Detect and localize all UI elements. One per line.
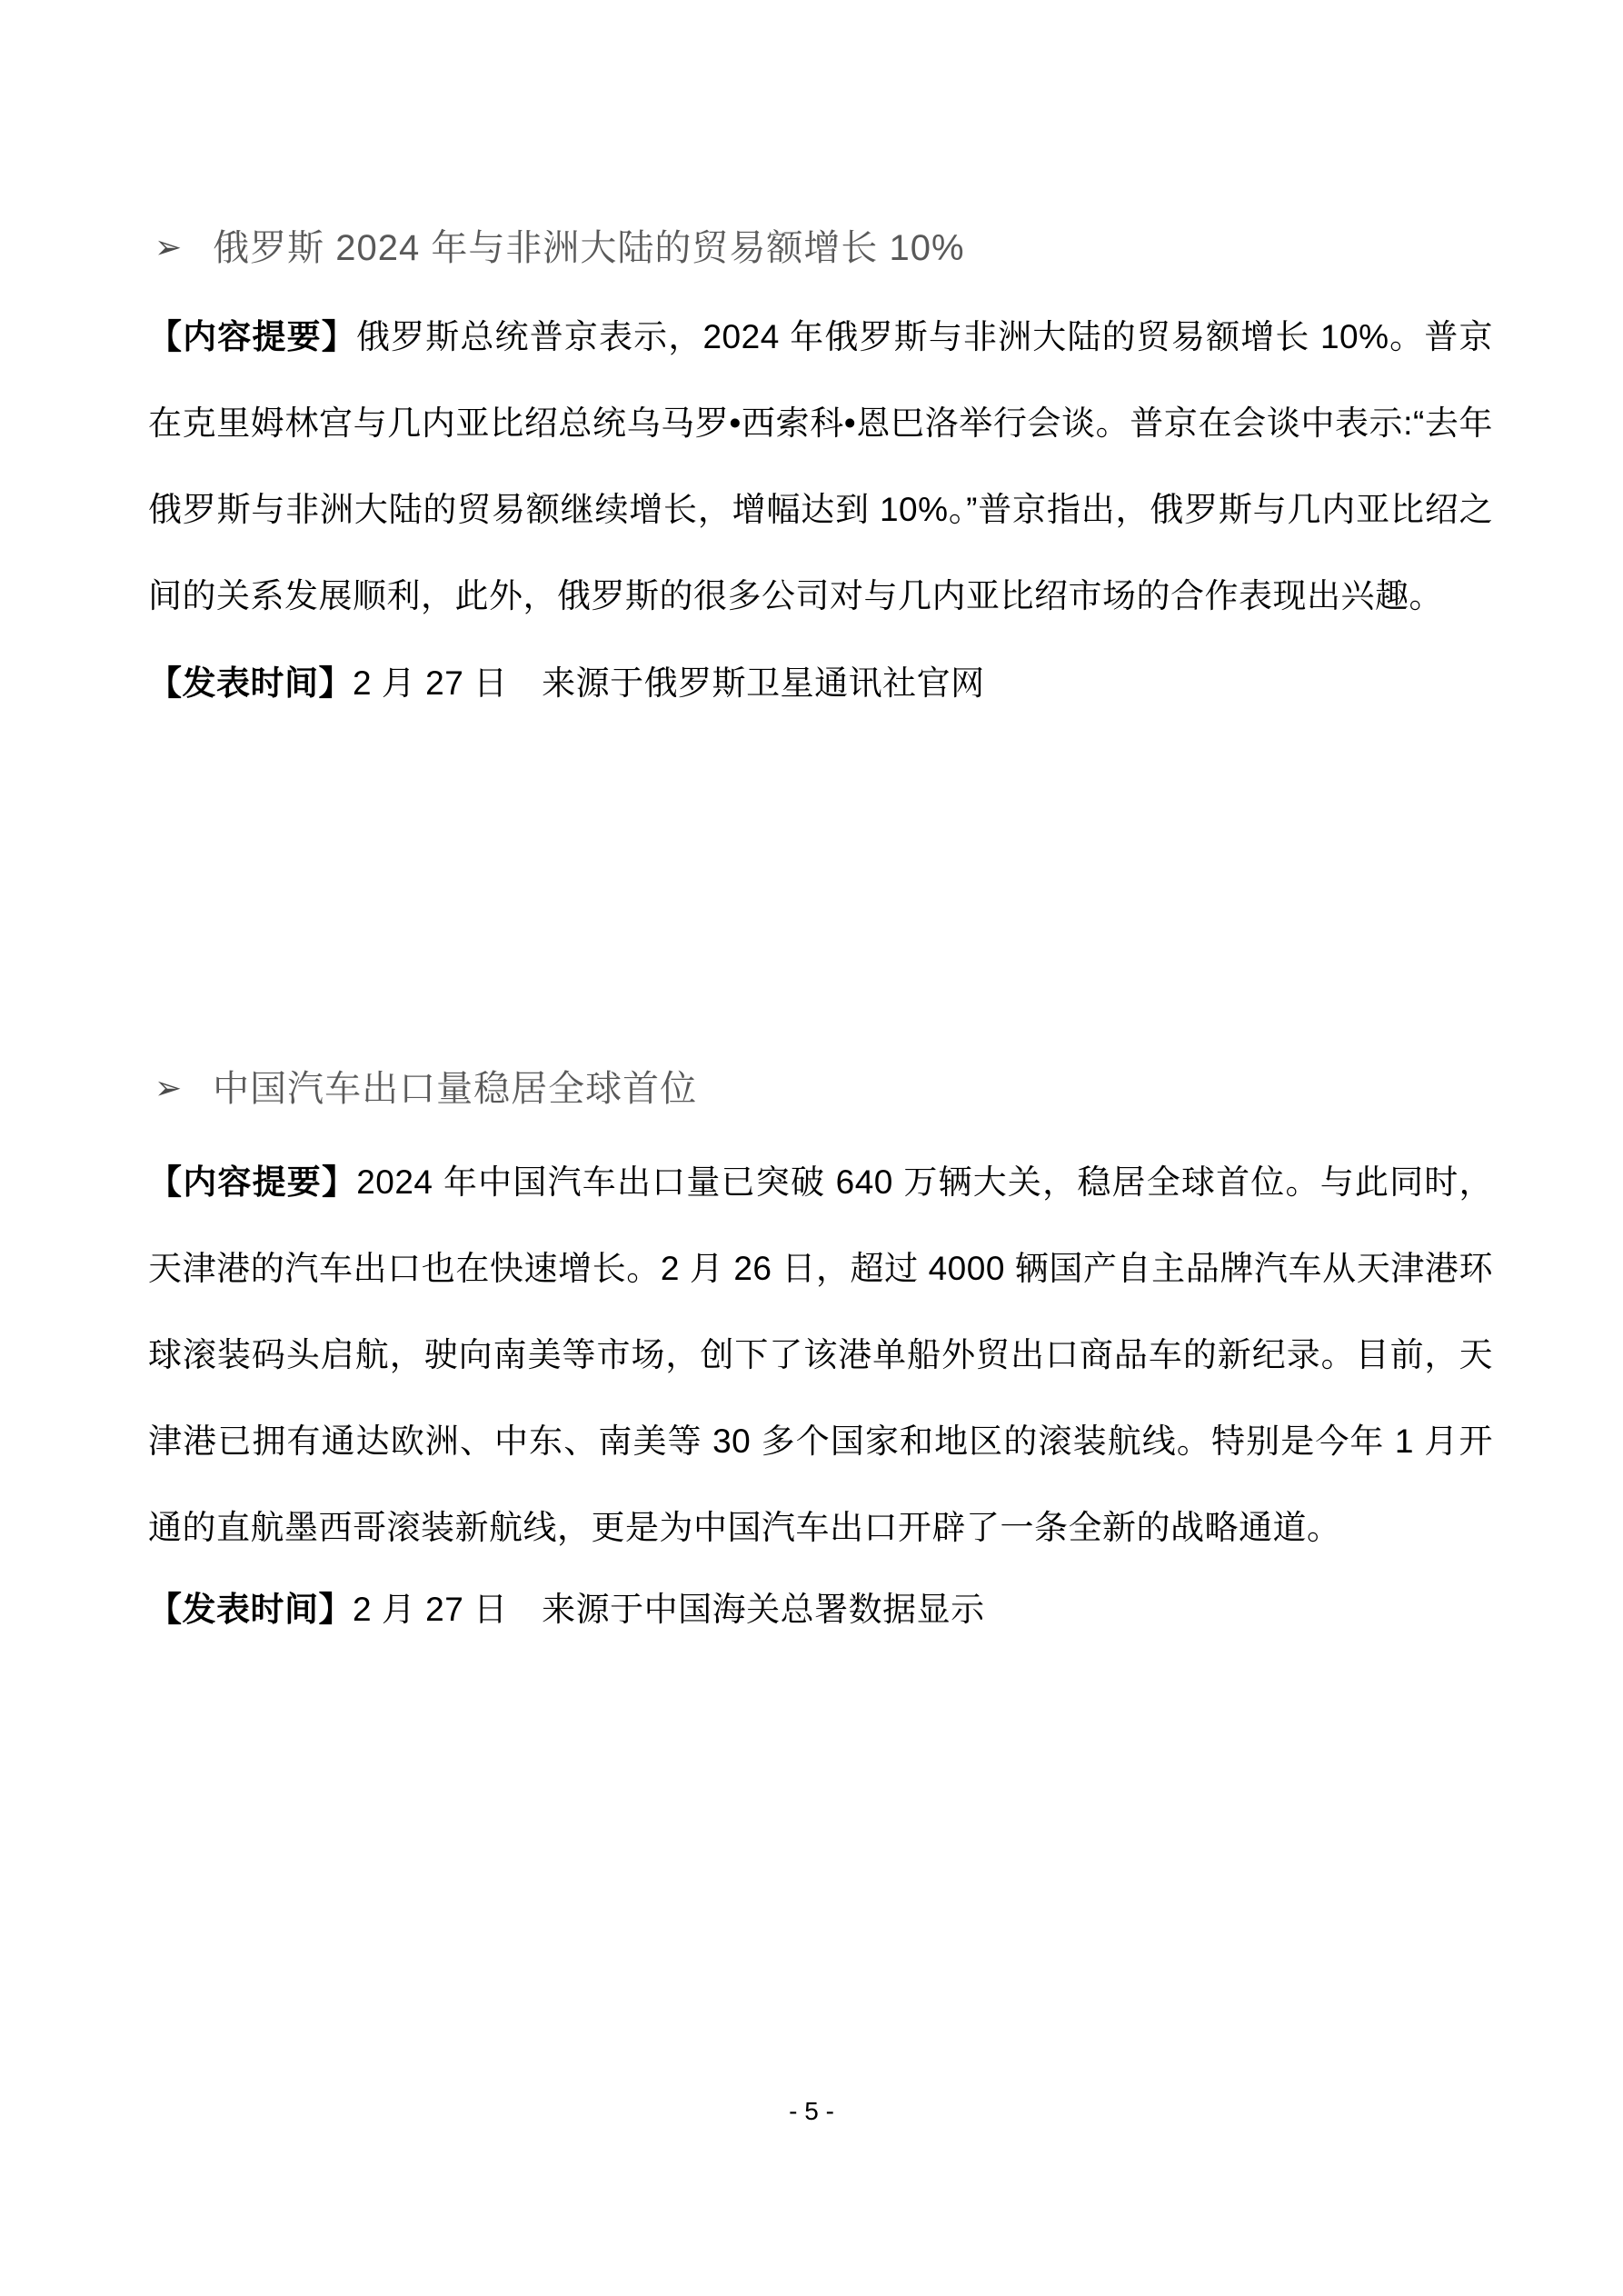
publish-time-label: 【发表时间】 [148,1591,353,1628]
section-heading-russia-africa-trade: ➢俄罗斯 2024 年与非洲大陆的贸易额增长 10% [154,224,1514,272]
publish-time-line: 【发表时间】2 月 27 日 来源于俄罗斯卫星通讯社官网 [148,640,1493,726]
section-heading-china-auto-export: ➢中国汽车出口量稳居全球首位 [154,1064,1514,1113]
arrow-bullet-icon: ➢ [154,224,182,271]
summary-paragraph: 【内容提要】2024 年中国汽车出口量已突破 640 万辆大关，稳居全球首位。与… [148,1139,1493,1571]
publish-time-text: 2 月 27 日 来源于中国海关总署数据显示 [353,1591,985,1628]
publish-time-line: 【发表时间】2 月 27 日 来源于中国海关总署数据显示 [148,1566,1493,1652]
section-title: 俄罗斯 2024 年与非洲大陆的贸易额增长 10% [213,225,964,272]
arrow-bullet-icon: ➢ [154,1064,182,1112]
section-title: 中国汽车出口量稳居全球首位 [213,1065,697,1113]
summary-label: 【内容提要】 [148,318,356,355]
summary-text: 2024 年中国汽车出口量已突破 640 万辆大关，稳居全球首位。与此同时，天津… [148,1163,1493,1546]
publish-time-text: 2 月 27 日 来源于俄罗斯卫星通讯社官网 [353,664,985,702]
publish-time-label: 【发表时间】 [148,664,353,702]
page-number: - 5 - [0,2096,1623,2127]
summary-text: 俄罗斯总统普京表示，2024 年俄罗斯与非洲大陆的贸易额增长 10%。普京在克里… [148,318,1493,614]
summary-paragraph: 【内容提要】俄罗斯总统普京表示，2024 年俄罗斯与非洲大陆的贸易额增长 10%… [148,294,1493,639]
document-page: ➢俄罗斯 2024 年与非洲大陆的贸易额增长 10% 【内容提要】俄罗斯总统普京… [0,0,1623,2296]
summary-label: 【内容提要】 [148,1163,356,1201]
